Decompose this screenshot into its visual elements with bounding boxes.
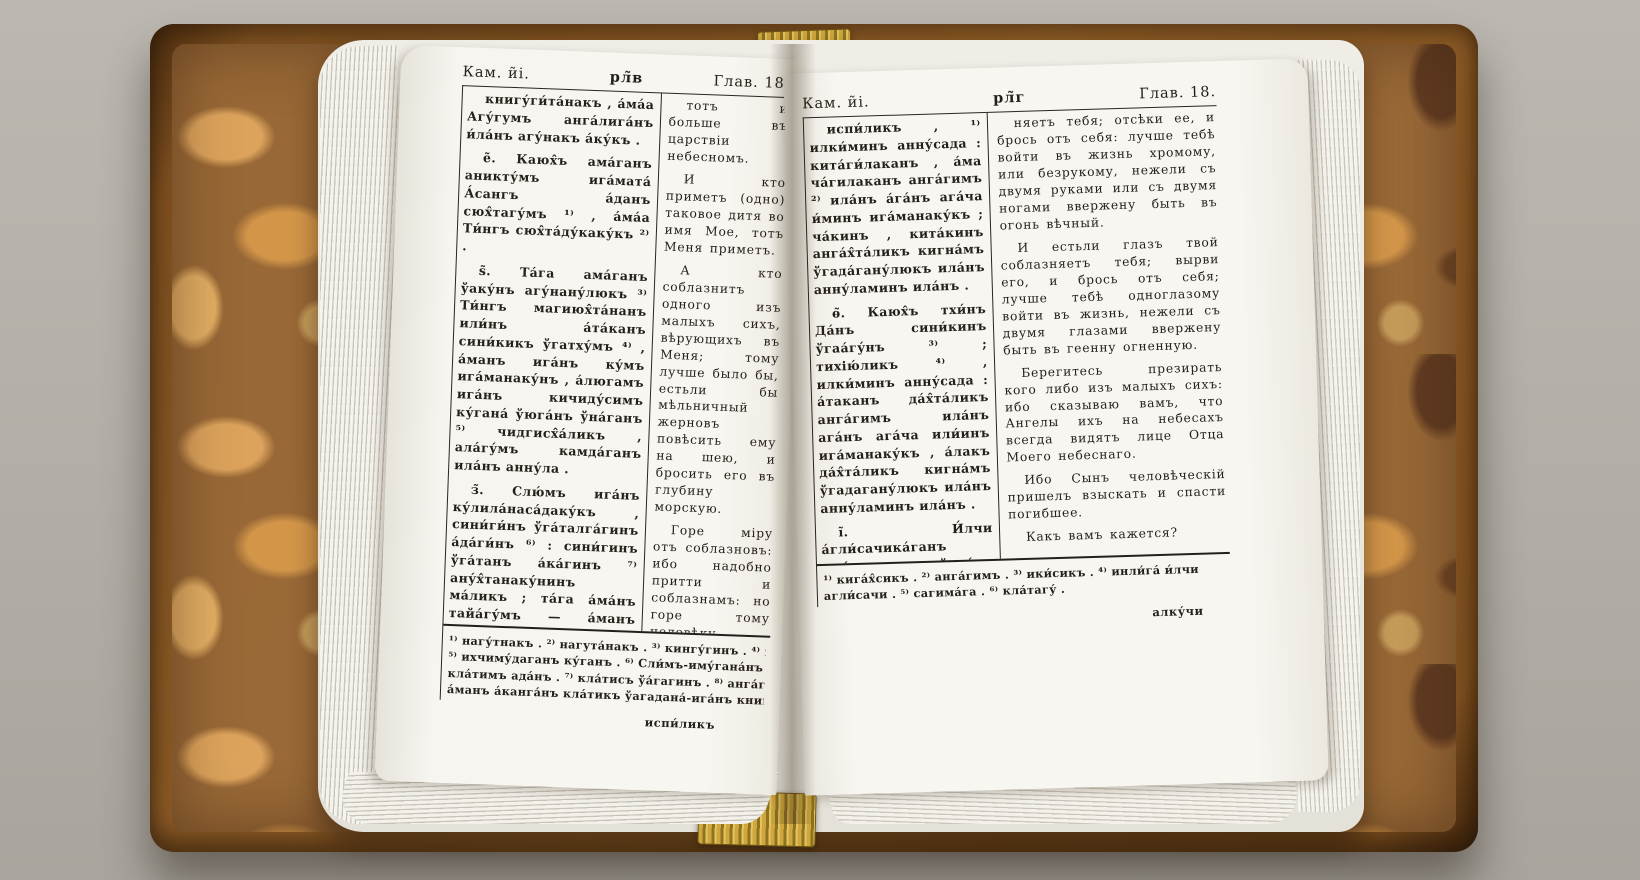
- russian-paragraph: Ибо Сынъ человѣческій пришелъ взыскать и…: [1007, 466, 1227, 523]
- left-page-print: Кам. и̃і. рл̃в Глав. 18. книгу́ги́та́нак…: [375, 45, 804, 795]
- left-page-catchword: испи́ликъ: [439, 707, 767, 733]
- native-paragraph: испи́ликъ , ¹⁾ илки́минъ анну́сада : кит…: [809, 116, 986, 299]
- russian-paragraph: И естьли глазъ твой соблазняетъ тебя; вы…: [1000, 234, 1222, 359]
- left-page-columns: книгу́ги́та́накъ , а́ма́а Агу́гумъ анга́…: [443, 86, 789, 636]
- right-page-native-column: испи́ликъ , ¹⁾ илки́минъ анну́сада : кит…: [804, 113, 1000, 564]
- running-head-title: Кам. и̃і.: [462, 64, 561, 84]
- russian-paragraph: Горе міру отъ соблазновъ: ибо надобно пр…: [648, 522, 773, 636]
- right-page-russian-column: няетъ тебя; отсѣки ее, и брось отъ себя:…: [986, 106, 1230, 559]
- right-page-text-frame: испи́ликъ , ¹⁾ илки́минъ анну́сада : кит…: [803, 105, 1231, 607]
- russian-paragraph: няетъ тебя; отсѣки ее, и брось отъ себя:…: [996, 109, 1218, 234]
- native-paragraph: ѳ̃. Каюх̂ъ тхи́нъ Да́нъ сини́кинъ ўгаа́г…: [814, 300, 992, 518]
- russian-paragraph: Какъ вамъ кажется?: [1009, 523, 1228, 546]
- left-page-native-column: книгу́ги́та́накъ , а́ма́а Агу́гумъ анга́…: [443, 86, 660, 631]
- native-paragraph: е̃. Каюх̂ъ ама́ганъ аникту́мъ ига́мата́ …: [462, 149, 652, 262]
- russian-paragraph: тотъ и больше въ царствіи небесномъ.: [667, 97, 789, 169]
- running-head-title: Кам. и̃і.: [802, 93, 927, 113]
- native-paragraph: ѕ̃. Та́га ама́ганъ ўаку́нъ агу́нану́люкъ…: [454, 261, 648, 481]
- running-head-chapter: Глав. 18.: [692, 73, 791, 93]
- left-page-russian-column: тотъ и больше въ царствіи небесномъ.И кт…: [641, 93, 790, 635]
- left-page-text-frame: книгу́ги́та́накъ , а́ма́а Агу́гумъ анга́…: [440, 85, 790, 711]
- right-page: Кам. и̃і. рл̃г Глав. 18. испи́ликъ , ¹⁾ …: [783, 58, 1328, 795]
- russian-paragraph: Берегитесь презирать кого либо изъ малых…: [1004, 359, 1225, 467]
- russian-paragraph: И кто приметъ (одно) таковое дитя во имя…: [664, 171, 786, 260]
- russian-paragraph: А кто соблазнитъ одного изъ малыхъ сихъ,…: [654, 261, 783, 520]
- running-head-chapter: Глав. 18.: [1092, 84, 1217, 104]
- native-paragraph: і̃. И́лчи а́гли́сачика́ганъ ама́ганъ ўак…: [821, 518, 998, 564]
- left-page: Кам. и̃і. рл̃в Глав. 18. книгу́ги́та́нак…: [375, 45, 804, 795]
- native-paragraph: з̃. Слю́мъ ига́нъ ку́лила́наса́даку́къ ,…: [447, 480, 641, 631]
- right-page-catchword: алку́чи: [817, 603, 1231, 629]
- photo-scene: Кам. и̃і. рл̃в Глав. 18. книгу́ги́та́нак…: [0, 0, 1640, 880]
- right-page-columns: испи́ликъ , ¹⁾ илки́минъ анну́сада : кит…: [804, 106, 1230, 564]
- left-page-footnotes: ¹⁾ нагу́тнакъ . ²⁾ нагута́накъ . ³⁾ кинг…: [441, 624, 771, 711]
- right-page-print: Кам. и̃і. рл̃г Глав. 18. испи́ликъ , ¹⁾ …: [783, 58, 1328, 795]
- page-number-cyrillic: рл̃в: [561, 67, 693, 89]
- page-number-cyrillic: рл̃г: [926, 87, 1092, 109]
- native-paragraph: книгу́ги́та́накъ , а́ма́а Агу́гумъ анга́…: [466, 89, 654, 149]
